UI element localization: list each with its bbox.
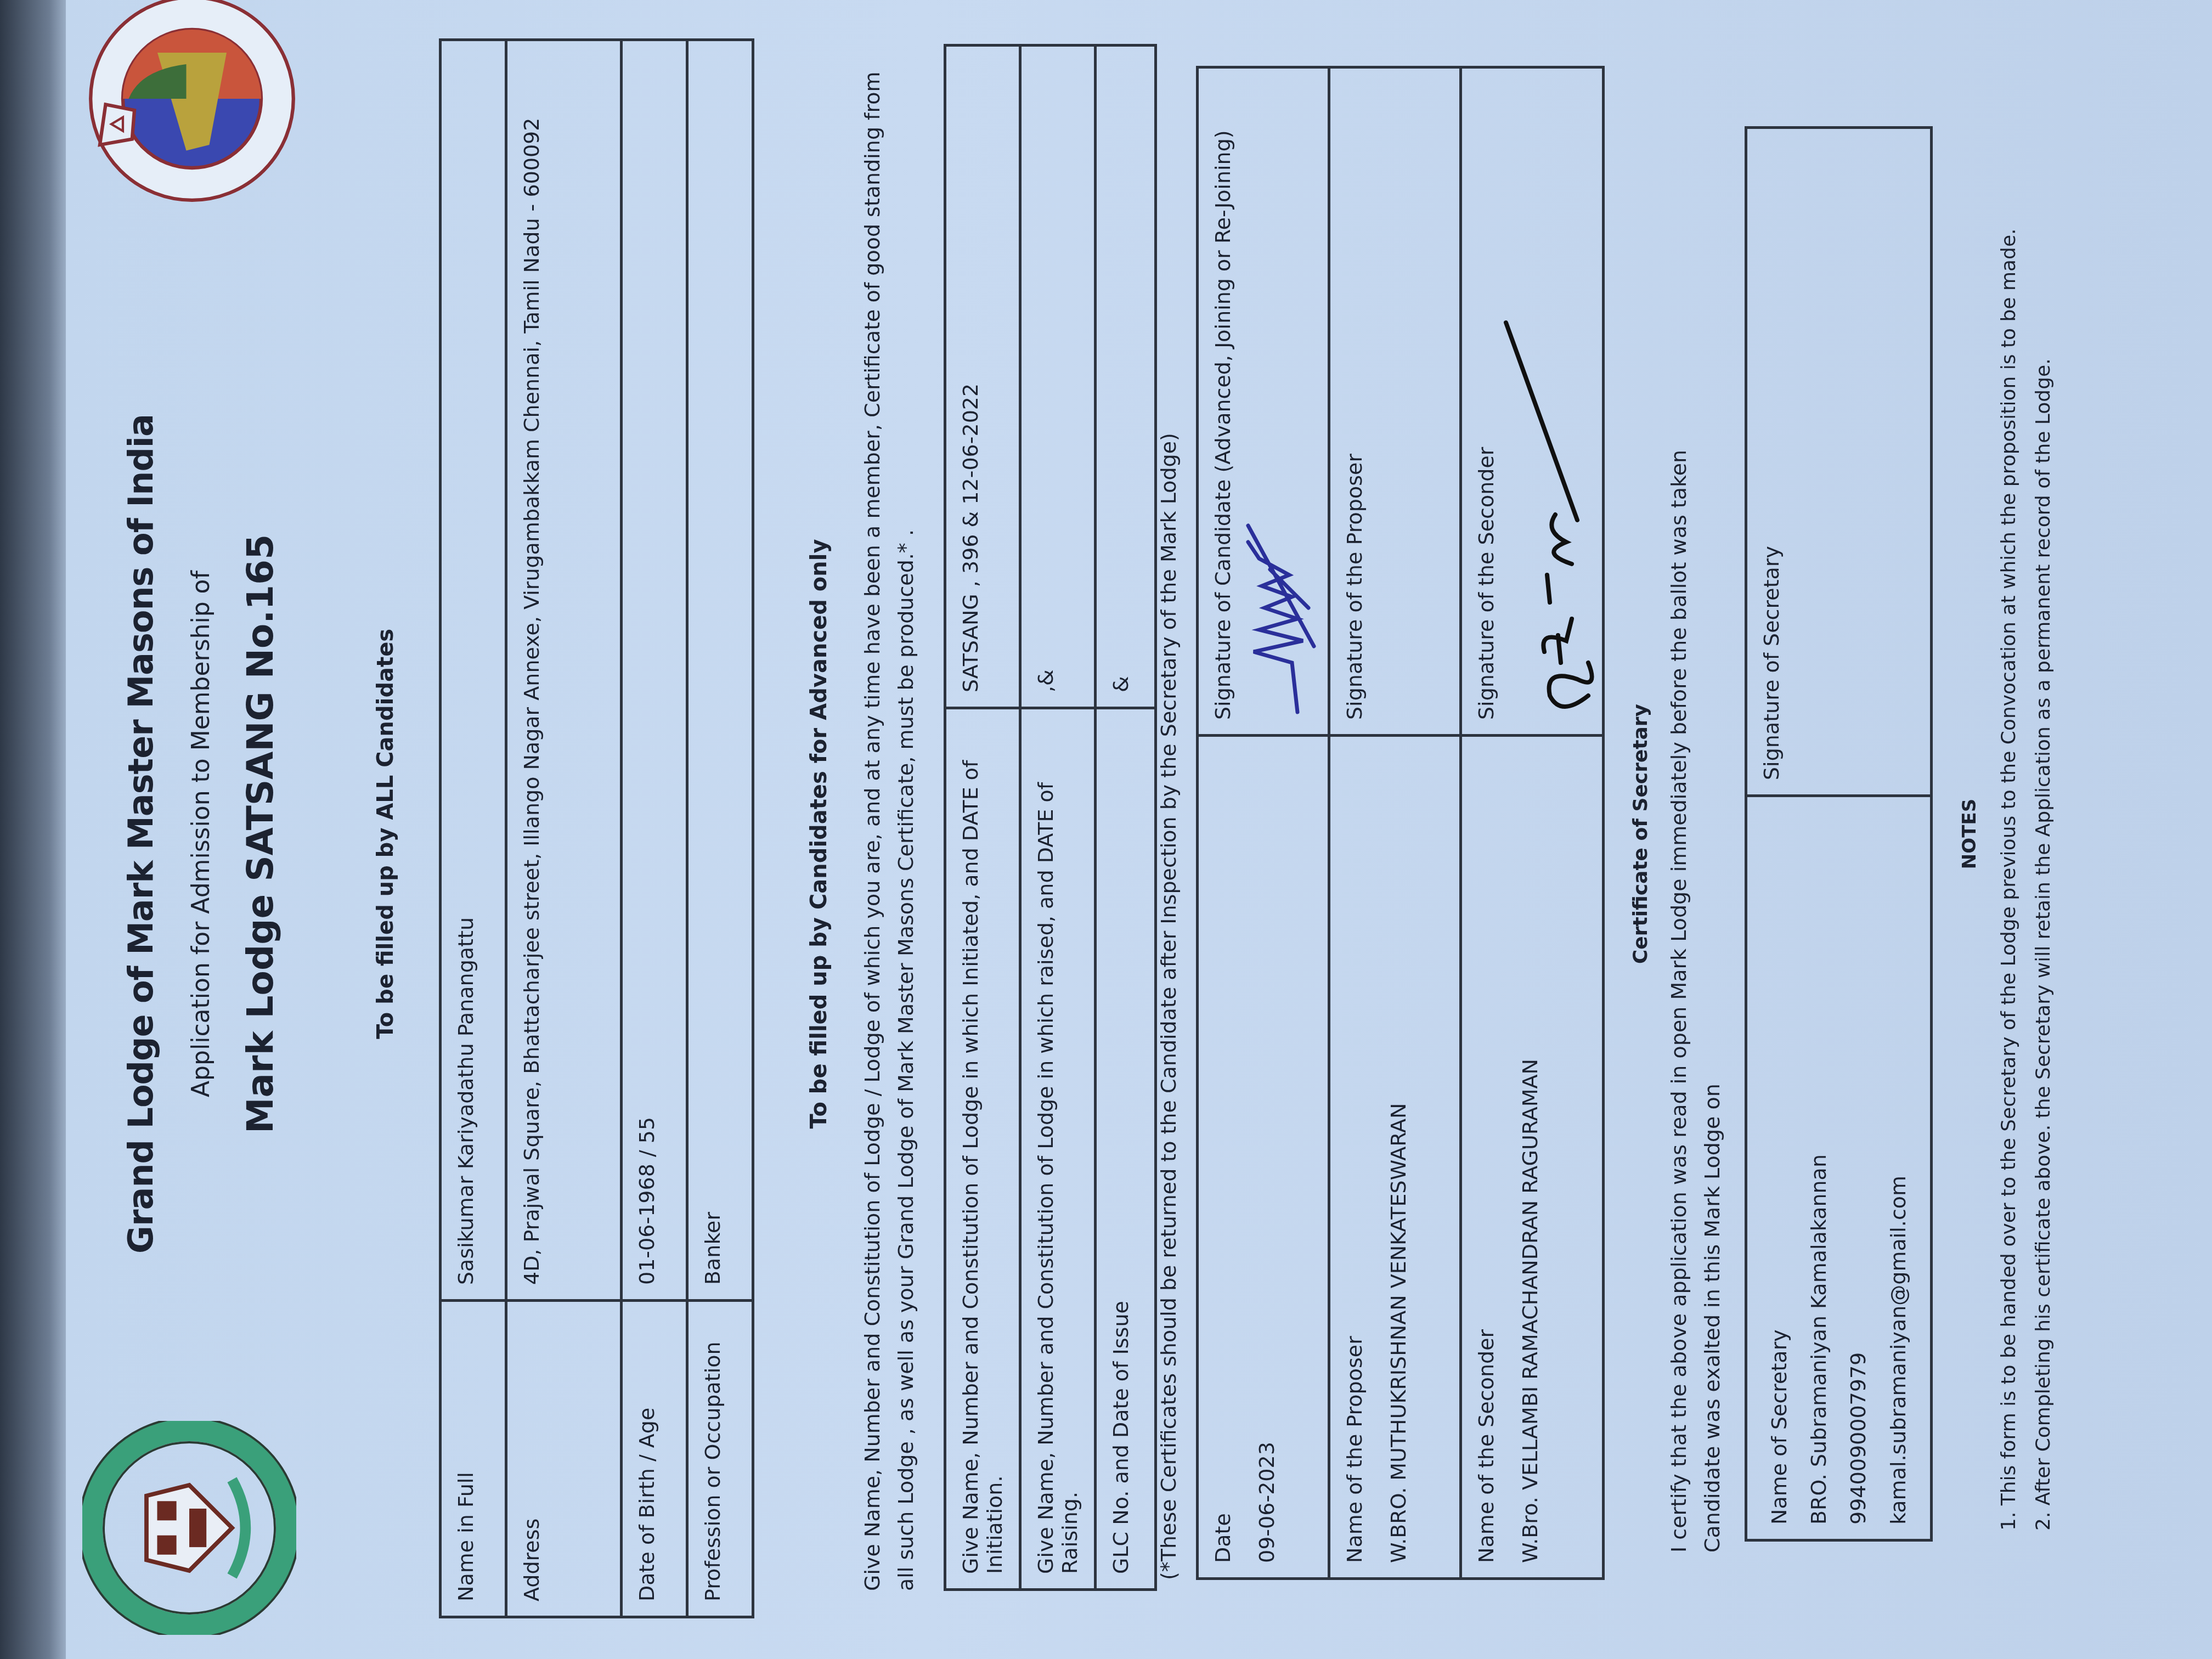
secretary-name: BRO. Subramaniyan Kamalakannan bbox=[1799, 811, 1838, 1525]
name-value[interactable]: Sasikumar Kariyadathu Panangattu bbox=[441, 40, 506, 1301]
secretary-details-cell: Name of Secretary BRO. Subramaniyan Kama… bbox=[1746, 796, 1932, 1541]
proposer-signature-cell[interactable]: Signature of the Proposer bbox=[1329, 67, 1461, 736]
form-header: Grand Lodge of Mark Master Masons of Ind… bbox=[121, 16, 281, 1651]
secretary-statement-line2: Candidate was exalted in this Mark Lodge… bbox=[1696, 71, 1729, 1553]
candidate-signature-label: Signature of Candidate (Advanced, Joinin… bbox=[1211, 83, 1235, 720]
seconder-signature-cell[interactable]: Signature of the Seconder bbox=[1461, 67, 1604, 736]
table-row: Name of the Seconder W.Bro. VELLAMBI RAM… bbox=[1461, 67, 1604, 1579]
notes-title: NOTES bbox=[1959, 16, 1980, 1651]
secretary-statement: I certify that the above application was… bbox=[1662, 71, 1729, 1553]
seconder-label: Name of the Seconder bbox=[1474, 751, 1498, 1563]
seconder-cell: Name of the Seconder W.Bro. VELLAMBI RAM… bbox=[1461, 736, 1604, 1579]
signatures-table: Date 09-06-2023 Signature of Candidate (… bbox=[1196, 66, 1605, 1580]
secretary-phone[interactable]: 9940090007979 bbox=[1838, 811, 1878, 1525]
dob-value[interactable]: 01-06-1968 / 55 bbox=[622, 40, 687, 1301]
secretary-name-label: Name of Secretary bbox=[1759, 811, 1799, 1525]
date-cell: Date 09-06-2023 bbox=[1198, 736, 1329, 1579]
raising-label: Give Name, Number and Constitution of Lo… bbox=[1020, 708, 1096, 1590]
table-row: Give Name, Number and Constitution of Lo… bbox=[945, 46, 1020, 1590]
advanced-heading: To be filled up by Candidates for Advanc… bbox=[806, 16, 832, 1651]
secretary-signature-cell[interactable]: Signature of Secretary bbox=[1746, 128, 1932, 796]
table-row: Date of Birth / Age 01-06-1968 / 55 bbox=[622, 40, 687, 1617]
candidate-signature-cell[interactable]: Signature of Candidate (Advanced, Joinin… bbox=[1198, 67, 1329, 736]
address-label: Address bbox=[506, 1301, 622, 1617]
secretary-email[interactable]: kamal.subramaniyan@gmail.com bbox=[1878, 811, 1918, 1525]
occupation-label: Profession or Occupation bbox=[687, 1301, 753, 1617]
table-row: Name of Secretary BRO. Subramaniyan Kama… bbox=[1746, 128, 1932, 1541]
raising-value[interactable]: ,& bbox=[1020, 46, 1096, 708]
address-value[interactable]: 4D, Prajwal Square, Bhattacharjee street… bbox=[506, 40, 622, 1301]
secretary-table: Name of Secretary BRO. Subramaniyan Kama… bbox=[1745, 126, 1933, 1542]
candidate-details-table: Name in Full Sasikumar Kariyadathu Panan… bbox=[439, 38, 754, 1618]
table-row: GLC No. and Date of Issue & bbox=[1096, 46, 1156, 1590]
seconder-signature-icon bbox=[1495, 312, 1605, 729]
proposer-signature-label: Signature of the Proposer bbox=[1342, 83, 1367, 720]
form-subtitle: Application for Admission to Membership … bbox=[187, 16, 215, 1651]
notes-list: 1. This form is to be handed over to the… bbox=[1991, 49, 2061, 1531]
table-row: Name in Full Sasikumar Kariyadathu Panan… bbox=[441, 40, 506, 1617]
initiation-label: Give Name, Number and Constitution of Lo… bbox=[945, 708, 1020, 1590]
initiation-value[interactable]: SATSANG , 396 & 12-06-2022 bbox=[945, 46, 1020, 708]
form-title: Grand Lodge of Mark Master Masons of Ind… bbox=[121, 16, 161, 1651]
glc-label: GLC No. and Date of Issue bbox=[1096, 708, 1156, 1590]
secretary-statement-line1: I certify that the above application was… bbox=[1662, 71, 1696, 1553]
secretary-signature-label: Signature of Secretary bbox=[1759, 143, 1784, 780]
secretary-certificate-heading: Certificate of Secretary bbox=[1629, 16, 1652, 1651]
table-row: Name of the Proposer W.BRO. MUTHUKRISHNA… bbox=[1329, 67, 1461, 1579]
proposer-name[interactable]: W.BRO. MUTHUKRISHNAN VENKATESWARAN bbox=[1386, 751, 1410, 1563]
certificates-footnote: (*These Certificates should be returned … bbox=[1152, 44, 1186, 1580]
candidate-signature-icon bbox=[1237, 493, 1330, 723]
advanced-instructions: Give Name, Number and Constitution of Lo… bbox=[856, 55, 923, 1591]
application-form: Grand Lodge of Mark Master Masons of Ind… bbox=[88, 16, 2118, 1651]
note-item: 2. After Completing his certificate abov… bbox=[2026, 49, 2061, 1531]
table-row: Give Name, Number and Constitution of Lo… bbox=[1020, 46, 1096, 1590]
seconder-name[interactable]: W.Bro. VELLAMBI RAMACHANDRAN RAGURAMAN bbox=[1518, 751, 1542, 1563]
proposer-cell: Name of the Proposer W.BRO. MUTHUKRISHNA… bbox=[1329, 736, 1461, 1579]
proposer-label: Name of the Proposer bbox=[1342, 751, 1367, 1563]
dob-label: Date of Birth / Age bbox=[622, 1301, 687, 1617]
note-item: 1. This form is to be handed over to the… bbox=[1991, 49, 2026, 1531]
glc-value[interactable]: & bbox=[1096, 46, 1156, 708]
advanced-table: Give Name, Number and Constitution of Lo… bbox=[944, 44, 1157, 1591]
all-candidates-heading: To be filled up by ALL Candidates bbox=[373, 16, 398, 1651]
occupation-value[interactable]: Banker bbox=[687, 40, 753, 1301]
table-row: Profession or Occupation Banker bbox=[687, 40, 753, 1617]
table-row: Address 4D, Prajwal Square, Bhattacharje… bbox=[506, 40, 622, 1617]
lodge-name: Mark Lodge SATSANG No.165 bbox=[239, 16, 281, 1651]
date-label: Date bbox=[1211, 751, 1235, 1563]
date-value[interactable]: 09-06-2023 bbox=[1255, 751, 1279, 1563]
name-label: Name in Full bbox=[441, 1301, 506, 1617]
table-row: Date 09-06-2023 Signature of Candidate (… bbox=[1198, 67, 1329, 1579]
